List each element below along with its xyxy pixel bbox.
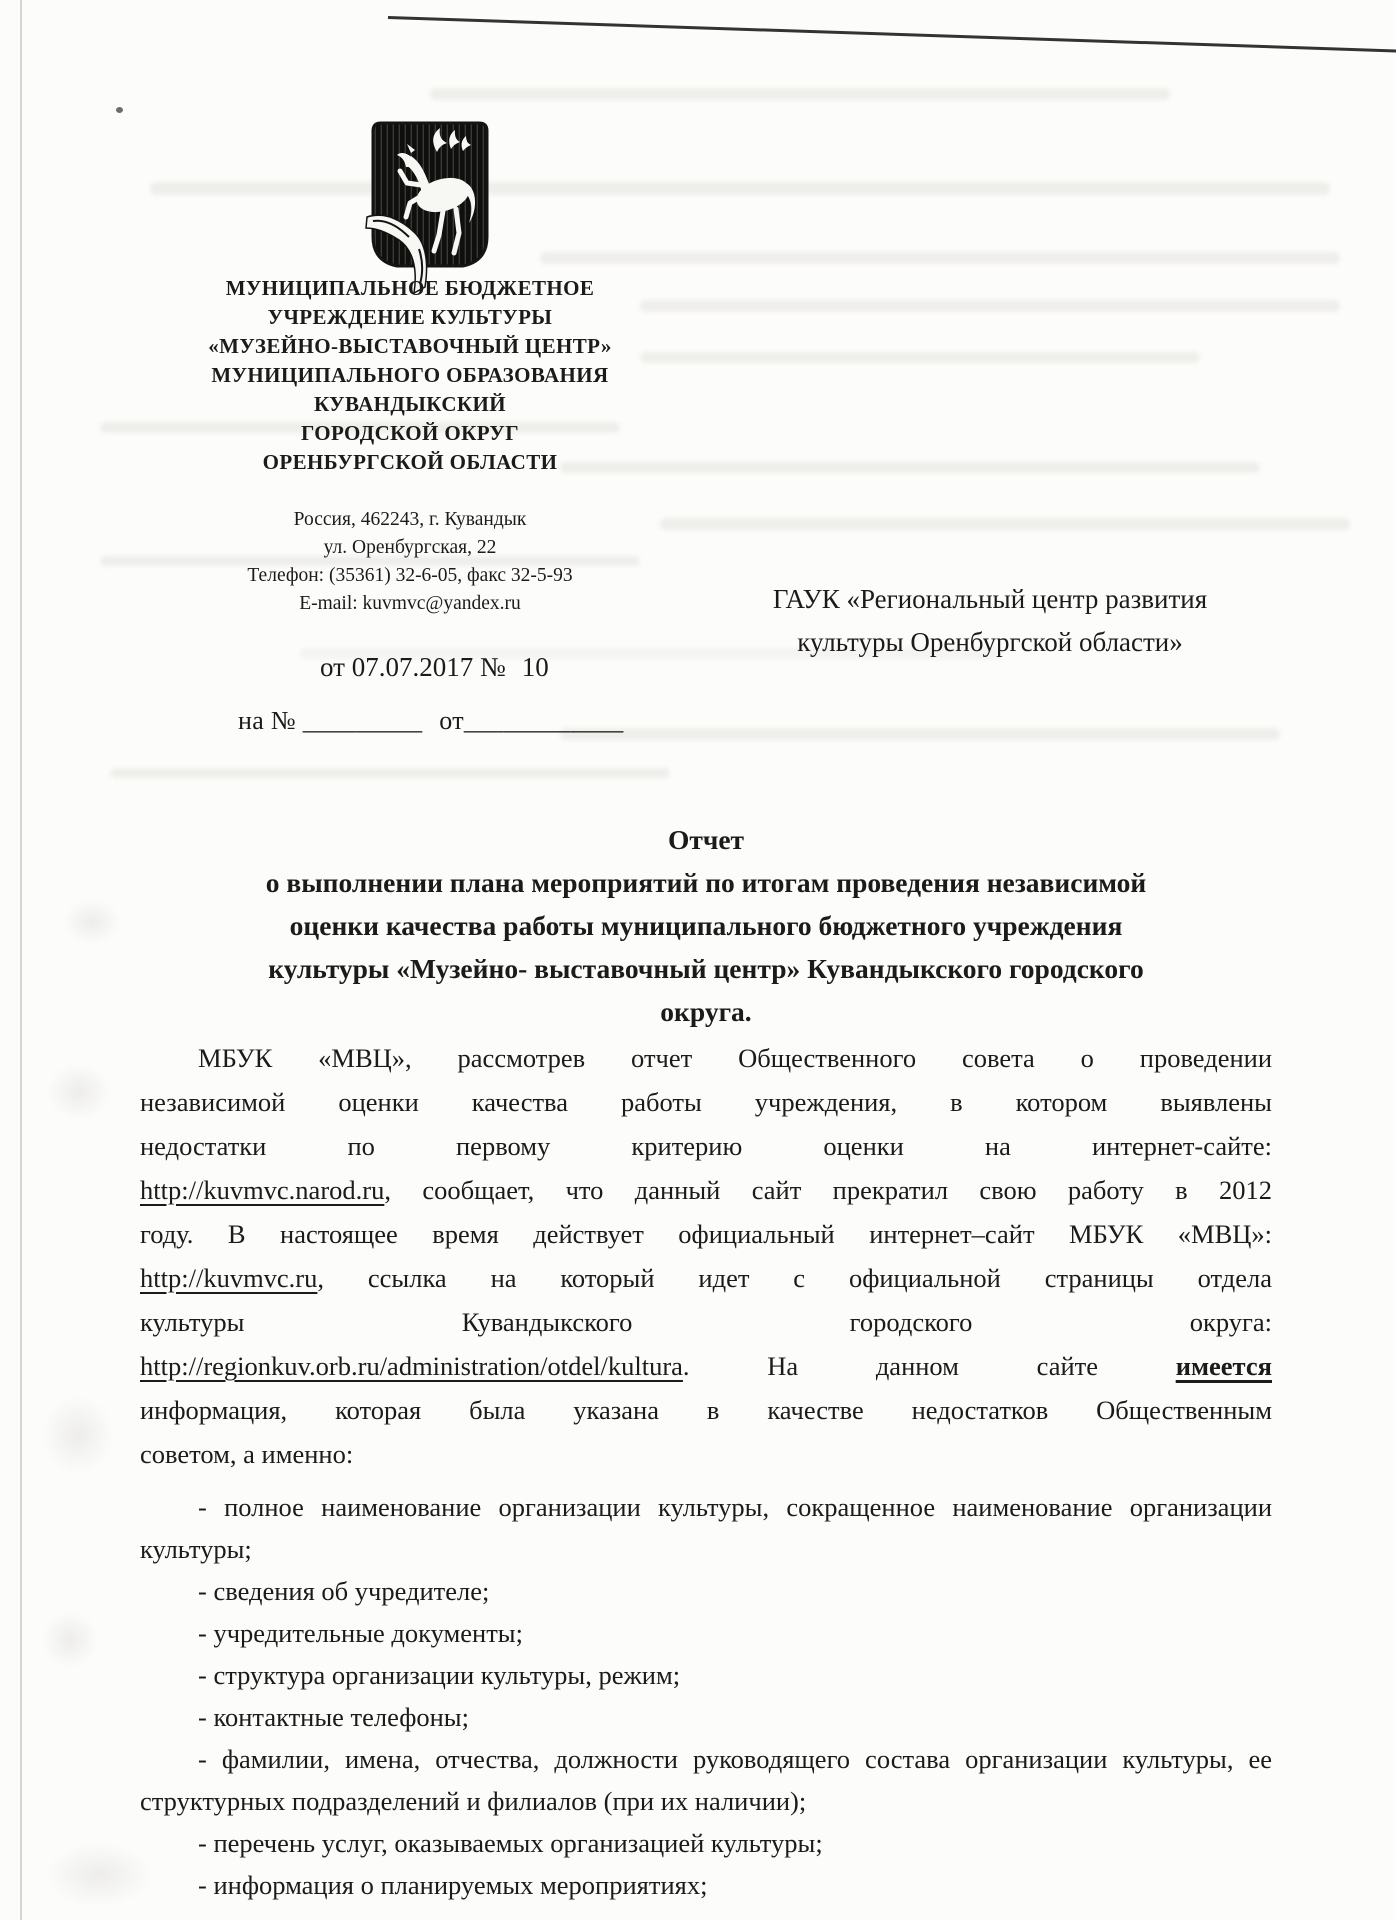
ref-number: 10 <box>522 652 549 682</box>
title-line: оценки качества работы муниципального бю… <box>140 904 1272 947</box>
coat-of-arms-icon <box>371 121 493 299</box>
report-title: Отчет о выполнении плана мероприятий по … <box>140 818 1272 1033</box>
scan-smudge <box>30 1600 110 1680</box>
reply-ref-line: на № _________ от____________ <box>238 706 624 736</box>
org-name-line: ГОРОДСКОЙ ОКРУГ <box>150 419 670 448</box>
org-name-line: ОРЕНБУРГСКОЙ ОБЛАСТИ <box>150 448 670 477</box>
letterhead-address: Россия, 462243, г. Кувандык ул. Оренбург… <box>150 506 670 618</box>
body-line: независимой оценки качества работы учреж… <box>140 1080 1272 1124</box>
body-line: недостатки по первому критерию оценки на… <box>140 1124 1272 1168</box>
body-line: http://regionkuv.orb.ru/administration/o… <box>140 1344 1272 1388</box>
bleedthrough-artifact <box>430 88 1170 100</box>
outgoing-ref-line: от 07.07.2017 №10 <box>320 652 549 683</box>
body-line: http://kuvmvc.ru, ссылка на который идет… <box>140 1256 1272 1300</box>
body-line: советом, а именно: <box>140 1432 1272 1476</box>
recipient-line: культуры Оренбургской области» <box>720 621 1260 664</box>
deficiency-list: - полное наименование организации культу… <box>140 1486 1272 1906</box>
list-item: - фамилии, имена, отчества, должности ру… <box>140 1738 1272 1822</box>
scan-smudge <box>28 1380 128 1490</box>
reply-blank: _________ <box>303 706 423 735</box>
address-line: E-mail: kuvmvc@yandex.ru <box>150 590 670 618</box>
title-line: культуры «Музейно- выставочный центр» Ку… <box>140 947 1272 990</box>
title-line: округа. <box>140 990 1272 1033</box>
org-name-line: «МУЗЕЙНО-ВЫСТАВОЧНЫЙ ЦЕНТР» <box>150 332 670 361</box>
reply-mid: от <box>439 706 464 735</box>
url-text: http://regionkuv.orb.ru/administration/o… <box>140 1351 683 1381</box>
title-line: о выполнении плана мероприятий по итогам… <box>140 861 1272 904</box>
bleedthrough-artifact <box>540 252 1340 264</box>
url-text: http://kuvmvc.narod.ru <box>140 1175 384 1205</box>
body-paragraph: МБУК «МВЦ», рассмотрев отчет Общественно… <box>140 1036 1272 1476</box>
bleedthrough-artifact <box>110 768 670 778</box>
bleedthrough-artifact <box>660 518 1350 530</box>
emphasized-word: имеется <box>1176 1351 1272 1381</box>
bleedthrough-artifact <box>640 300 1340 312</box>
org-name-line: УЧРЕЖДЕНИЕ КУЛЬТУРЫ <box>150 303 670 332</box>
bleedthrough-artifact <box>640 352 1200 363</box>
address-line: ул. Оренбургская, 22 <box>150 534 670 562</box>
list-item: - структура организации культуры, режим; <box>140 1654 1272 1696</box>
address-line: Телефон: (35361) 32-6-05, факс 32-5-93 <box>150 562 670 590</box>
list-item: - перечень услуг, оказываемых организаци… <box>140 1822 1272 1864</box>
list-item: - сведения об учредителе; <box>140 1570 1272 1612</box>
bleedthrough-artifact <box>560 728 1280 740</box>
url-text: http://kuvmvc.ru <box>140 1263 317 1293</box>
org-name-line: МУНИЦИПАЛЬНОГО ОБРАЗОВАНИЯ <box>150 361 670 390</box>
reply-prefix: на № <box>238 706 296 735</box>
list-item: - полное наименование организации культу… <box>140 1486 1272 1570</box>
body-line: культуры Кувандыкского городского округа… <box>140 1300 1272 1344</box>
scan-edge-line <box>20 0 22 1920</box>
scanned-letter-page: МУНИЦИПАЛЬНОЕ БЮДЖЕТНОЕ УЧРЕЖДЕНИЕ КУЛЬТ… <box>0 0 1396 1920</box>
scan-smudge <box>52 890 132 954</box>
body-line: МБУК «МВЦ», рассмотрев отчет Общественно… <box>140 1036 1272 1080</box>
list-item: - контактные телефоны; <box>140 1696 1272 1738</box>
org-name-line: МУНИЦИПАЛЬНОЕ БЮДЖЕТНОЕ <box>150 274 670 303</box>
scan-diagonal-line <box>388 16 1396 53</box>
body-line: http://kuvmvc.narod.ru, сообщает, что да… <box>140 1168 1272 1212</box>
reply-blank: ____________ <box>464 706 624 735</box>
scan-smudge <box>34 1052 124 1132</box>
body-line: информация, которая была указана в качес… <box>140 1388 1272 1432</box>
org-name-line: КУВАНДЫКСКИЙ <box>150 390 670 419</box>
list-item: - информация о планируемых мероприятиях; <box>140 1864 1272 1906</box>
recipient-line: ГАУК «Региональный центр развития <box>720 578 1260 621</box>
bleedthrough-artifact <box>150 182 1330 195</box>
ref-date-prefix: от 07.07.2017 № <box>320 652 506 682</box>
recipient-block: ГАУК «Региональный центр развития культу… <box>720 578 1260 664</box>
title-heading: Отчет <box>140 818 1272 861</box>
letterhead-org-name: МУНИЦИПАЛЬНОЕ БЮДЖЕТНОЕ УЧРЕЖДЕНИЕ КУЛЬТ… <box>150 274 670 477</box>
address-line: Россия, 462243, г. Кувандык <box>150 506 670 534</box>
scan-speck <box>116 107 123 113</box>
body-line: году. В настоящее время действует официа… <box>140 1212 1272 1256</box>
list-item: - учредительные документы; <box>140 1612 1272 1654</box>
